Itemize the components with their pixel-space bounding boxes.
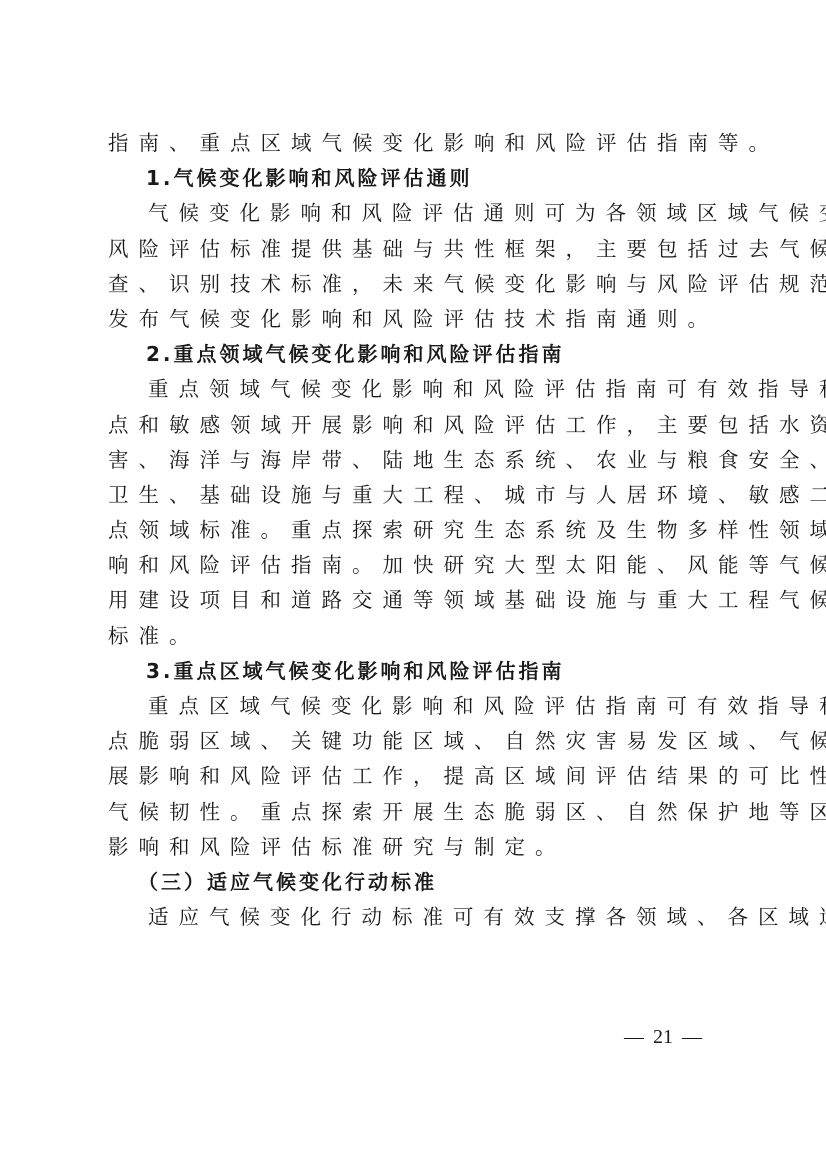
- paragraph-line: 查、识别技术标准，未来气候变化影响与风险评估规范。加快制定: [108, 267, 720, 302]
- paragraph-line: 点脆弱区域、关键功能区域、自然灾害易发区域、气候敏感流域开: [108, 724, 720, 759]
- paragraph-line: 重点领域气候变化影响和风险评估指南可有效指导和规范在重: [108, 372, 720, 407]
- paragraph-line: 风险评估标准提供基础与共性框架，主要包括过去气候变化影响调: [108, 232, 720, 267]
- paragraph-line: 气候韧性。重点探索开展生态脆弱区、自然保护地等区域气候变化: [108, 795, 720, 830]
- paragraph-line: 展影响和风险评估工作，提高区域间评估结果的可比性，增强区域: [108, 759, 720, 794]
- section-heading-3: 3.重点区域气候变化影响和风险评估指南: [108, 654, 720, 689]
- paragraph-line: 适应气候变化行动标准可有效支撑各领域、各区域适应气候变: [108, 900, 720, 935]
- body-line: 指南、重点区域气候变化影响和风险评估指南等。: [108, 126, 720, 161]
- paragraph-line: 点和敏感领域开展影响和风险评估工作，主要包括水资源、自然灾: [108, 408, 720, 443]
- document-page: 指南、重点区域气候变化影响和风险评估指南等。 1.气候变化影响和风险评估通则 气…: [108, 126, 720, 935]
- paragraph-line: 发布气候变化影响和风险评估技术指南通则。: [108, 302, 720, 337]
- paragraph-line: 响和风险评估指南。加快研究大型太阳能、风能等气候资源开发利: [108, 548, 720, 583]
- paragraph-line: 用建设项目和道路交通等领域基础设施与重大工程气候可行性论证: [108, 583, 720, 618]
- paragraph-line: 卫生、基础设施与重大工程、城市与人居环境、敏感二三产业等重: [108, 478, 720, 513]
- section-heading-three: （三）适应气候变化行动标准: [108, 865, 720, 900]
- section-heading-2: 2.重点领域气候变化影响和风险评估指南: [108, 337, 720, 372]
- paragraph-line: 标准。: [108, 619, 720, 654]
- section-heading-1: 1.气候变化影响和风险评估通则: [108, 161, 720, 196]
- paragraph-line: 影响和风险评估标准研究与制定。: [108, 830, 720, 865]
- paragraph-line: 气候变化影响和风险评估通则可为各领域区域气候变化影响和: [108, 196, 720, 231]
- paragraph-line: 点领域标准。重点探索研究生态系统及生物多样性领域气候变化影: [108, 513, 720, 548]
- paragraph-line: 重点区域气候变化影响和风险评估指南可有效指导和规范在重: [108, 689, 720, 724]
- page-number: — 21 —: [624, 1026, 724, 1049]
- paragraph-line: 害、海洋与海岸带、陆地生态系统、农业与粮食安全、健康与公共: [108, 443, 720, 478]
